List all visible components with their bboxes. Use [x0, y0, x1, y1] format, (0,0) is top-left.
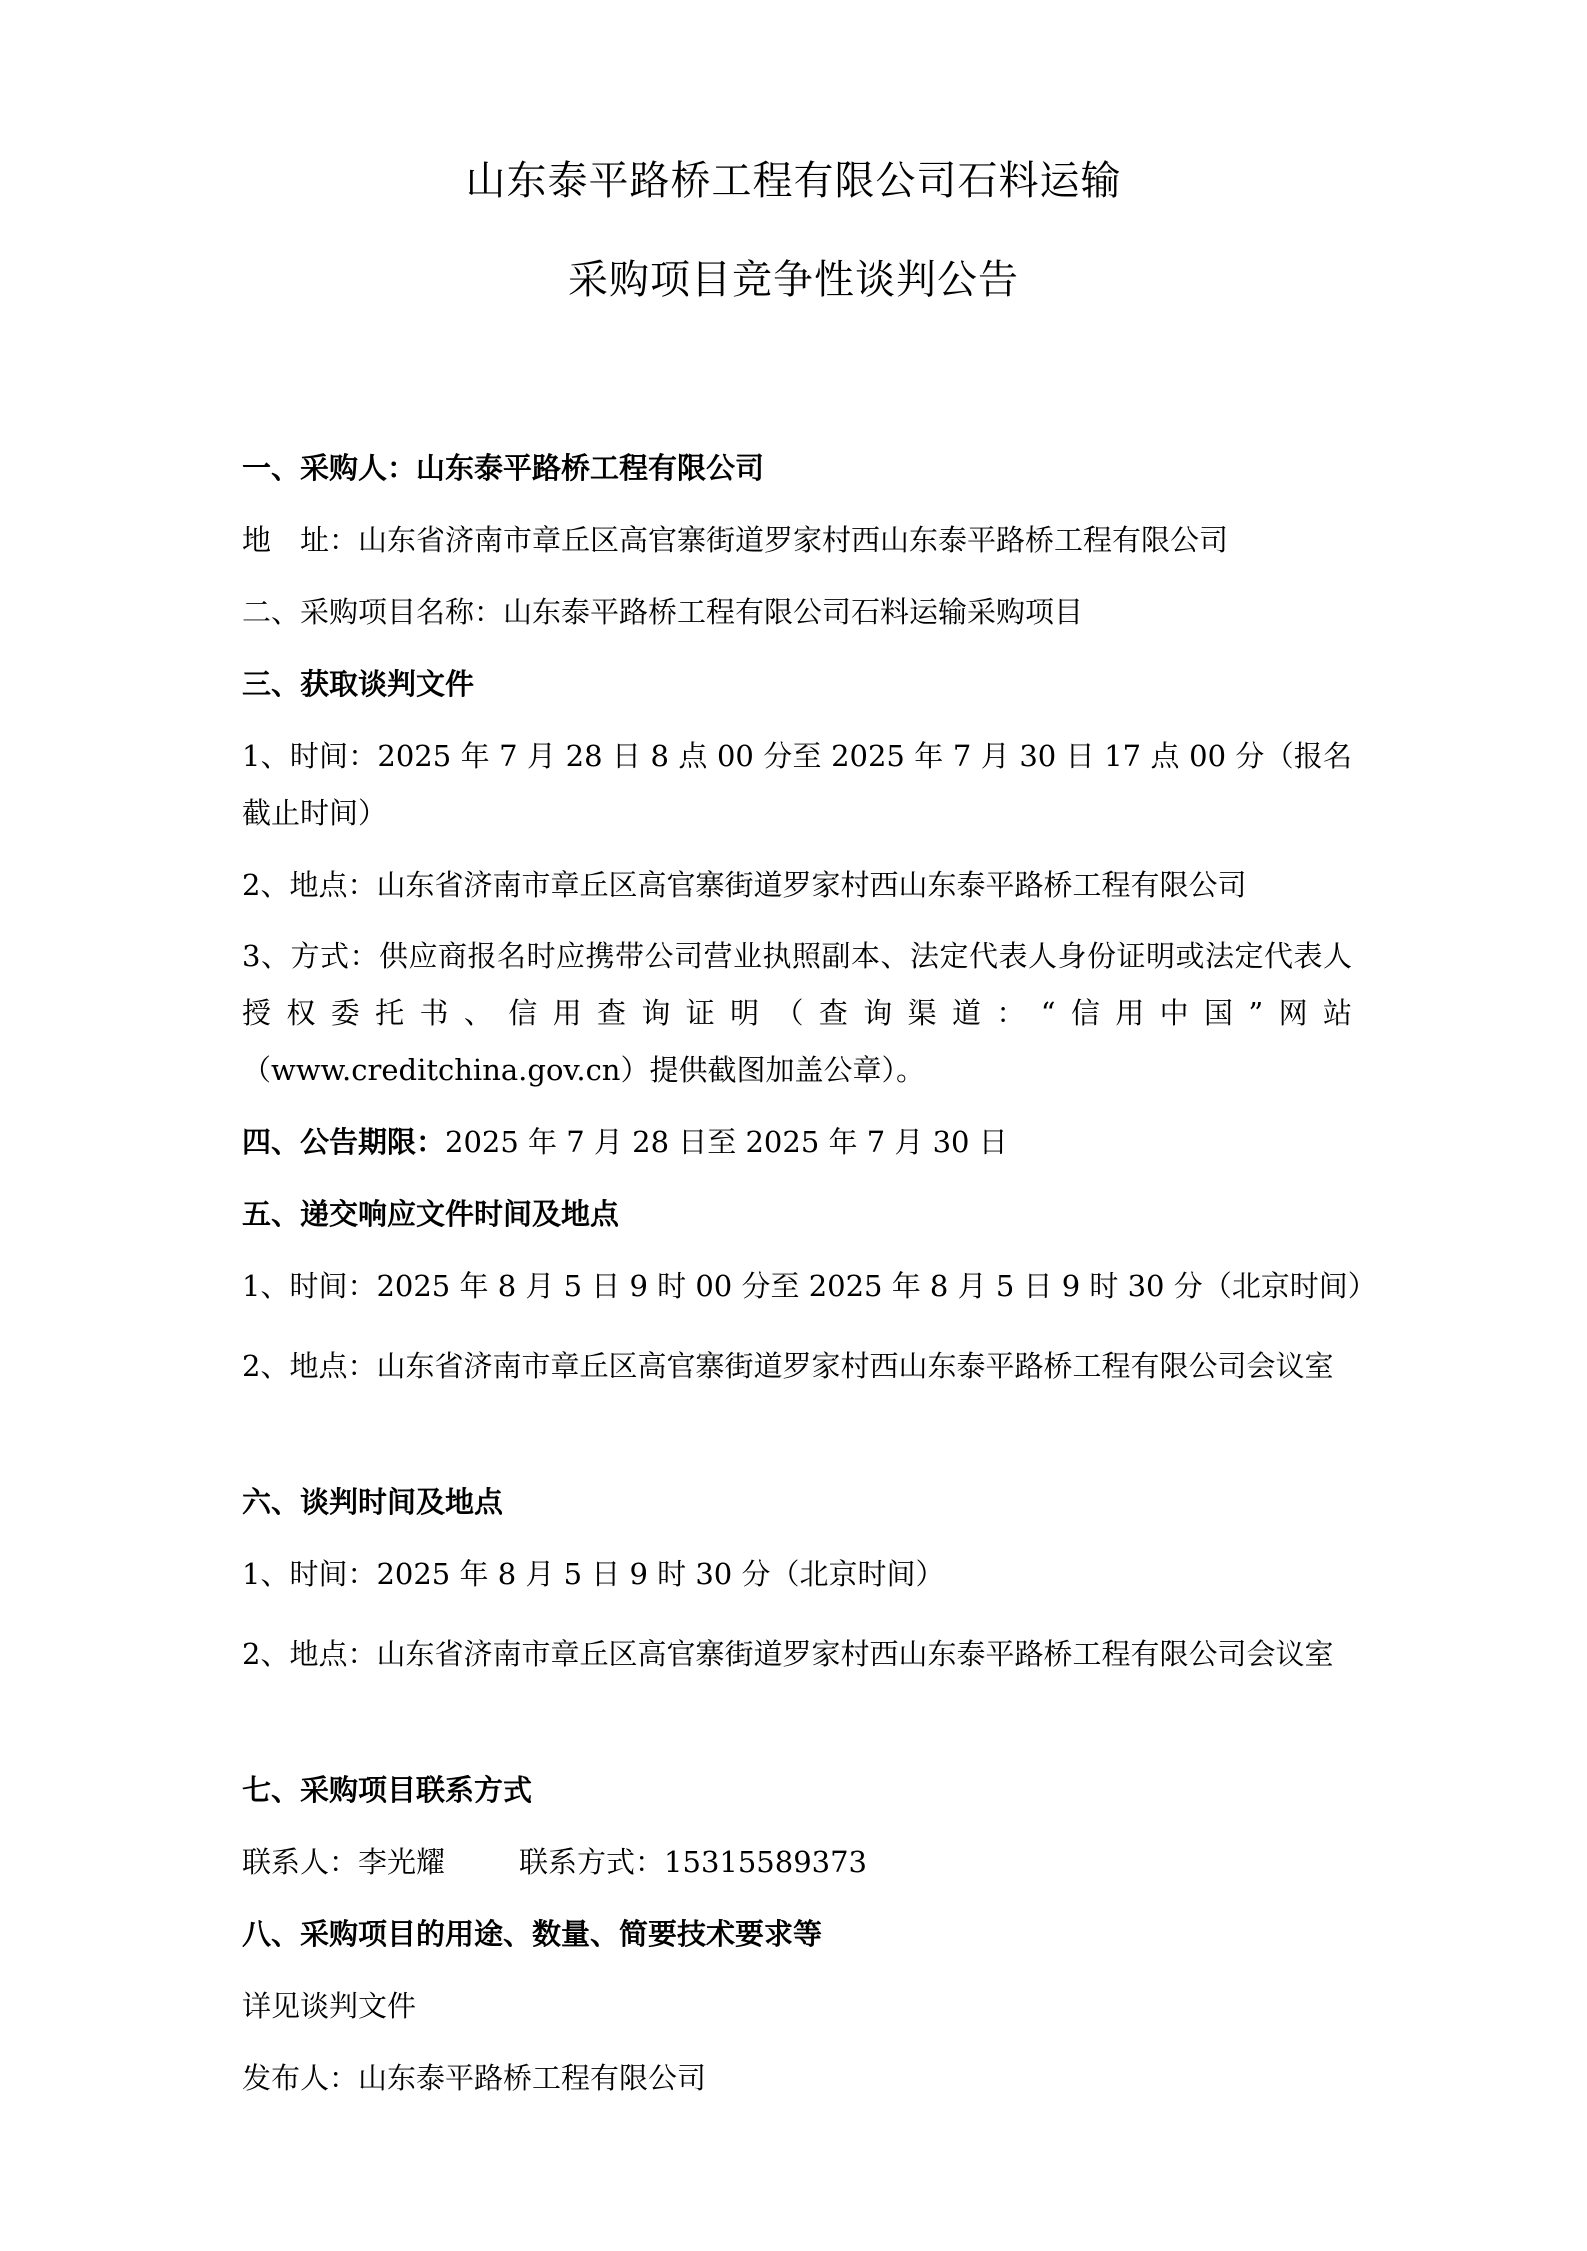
- announcement-period-label: 四、公告期限：: [242, 1125, 445, 1159]
- document-page: 山东泰平路桥工程有限公司石料运输 采购项目竞争性谈判公告 一、采购人：山东泰平路…: [0, 0, 1587, 2251]
- announcement-period-value: 2025 年 7 月 28 日至 2025 年 7 月 30 日: [445, 1125, 1008, 1159]
- contact-info: 联系人：李光耀联系方式：15315589373: [242, 1848, 867, 1877]
- section8-heading: 八、采购项目的用途、数量、简要技术要求等: [242, 1920, 822, 1949]
- project-name: 二、采购项目名称：山东泰平路桥工程有限公司石料运输采购项目: [242, 598, 1083, 627]
- section3-item-location: 2、地点：山东省济南市章丘区高官寨街道罗家村西山东泰平路桥工程有限公司: [242, 871, 1246, 900]
- section5-heading: 五、递交响应文件时间及地点: [242, 1200, 619, 1229]
- project-name-value: 山东泰平路桥工程有限公司石料运输采购项目: [503, 595, 1083, 629]
- contact-person-label: 联系人：: [242, 1845, 358, 1879]
- section8-detail: 详见谈判文件: [242, 1992, 416, 2021]
- section3-heading: 三、获取谈判文件: [242, 670, 474, 699]
- section3-item-method: 3、方式：供应商报名时应携带公司营业执照副本、法定代表人身份证明或法定代表人授权…: [242, 928, 1352, 1099]
- section6-heading: 六、谈判时间及地点: [242, 1488, 503, 1517]
- section6-item-location: 2、地点：山东省济南市章丘区高官寨街道罗家村西山东泰平路桥工程有限公司会议室: [242, 1618, 1352, 1690]
- project-name-label: 二、采购项目名称：: [242, 595, 503, 629]
- section5-item-location: 2、地点：山东省济南市章丘区高官寨街道罗家村西山东泰平路桥工程有限公司会议室: [242, 1330, 1352, 1402]
- publisher-value: 山东泰平路桥工程有限公司: [358, 2061, 706, 2095]
- section1-heading: 一、采购人：山东泰平路桥工程有限公司: [242, 454, 764, 483]
- contact-person: 李光耀: [358, 1845, 445, 1879]
- announcement-period: 四、公告期限：2025 年 7 月 28 日至 2025 年 7 月 30 日: [242, 1128, 1008, 1157]
- document-title-line2: 采购项目竞争性谈判公告: [0, 256, 1587, 304]
- section7-heading: 七、采购项目联系方式: [242, 1776, 532, 1805]
- purchaser-address: 地 址：山东省济南市章丘区高官寨街道罗家村西山东泰平路桥工程有限公司: [242, 526, 1228, 555]
- section6-item-time: 1、时间：2025 年 8 月 5 日 9 时 30 分（北京时间）: [242, 1560, 944, 1589]
- document-title-line1: 山东泰平路桥工程有限公司石料运输: [0, 157, 1587, 205]
- contact-phone: 15315589373: [664, 1845, 867, 1879]
- publisher: 发布人：山东泰平路桥工程有限公司: [242, 2064, 706, 2093]
- address-label: 地 址：: [242, 523, 358, 557]
- section5-item-time: 1、时间：2025 年 8 月 5 日 9 时 00 分至 2025 年 8 月…: [242, 1272, 1377, 1301]
- publisher-label: 发布人：: [242, 2061, 358, 2095]
- section3-item-time: 1、时间：2025 年 7 月 28 日 8 点 00 分至 2025 年 7 …: [242, 728, 1352, 842]
- contact-phone-label: 联系方式：: [519, 1845, 664, 1879]
- address-value: 山东省济南市章丘区高官寨街道罗家村西山东泰平路桥工程有限公司: [358, 523, 1228, 557]
